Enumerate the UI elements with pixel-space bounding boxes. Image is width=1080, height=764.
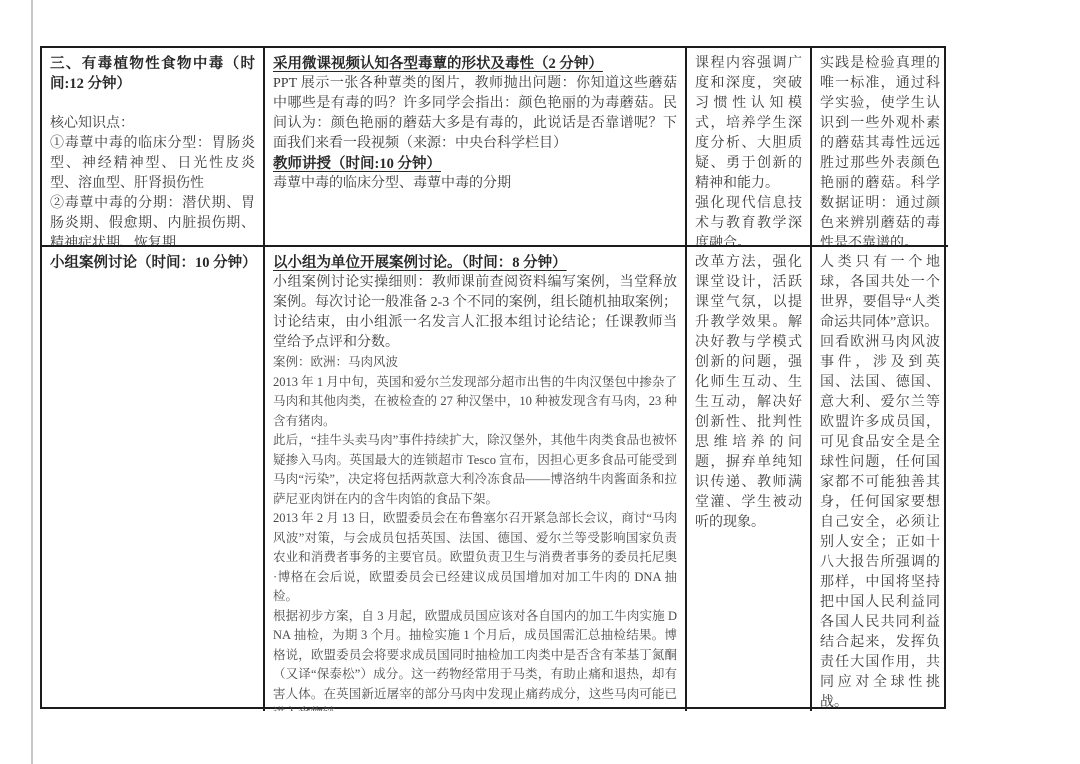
case-title: 案例：欧洲：马肉风波 <box>273 353 677 373</box>
purpose-paragraph-1: 课程内容强调广度和深度，突破习惯性认知模式，培养学生深度分析、大胆质疑、勇于创新… <box>695 54 802 194</box>
case-study-block: 案例：欧洲：马肉风波 2013 年 1 月中旬，英国和爱尔兰发现部分超市出售的牛… <box>273 353 677 711</box>
case-paragraph-4: 根据初步方案，自 3 月起，欧盟成员国应该对各自国内的加工牛肉实施 DNA 抽检… <box>273 607 677 712</box>
key-points-label: 核心知识点： <box>50 114 255 134</box>
key-point-1: ①毒蕈中毒的临床分型：胃肠炎型、神经精神型、日光性皮炎型、溶血型、肝肾损伤性 <box>50 134 255 194</box>
process-header-video: 采用微课视频认知各型毒蕈的形状及毒性（2 分钟） <box>273 54 677 74</box>
activity-title: 三、有毒植物性食物中毒（时间:12 分钟） <box>50 54 255 94</box>
case-paragraph-1: 2013 年 1 月中旬，英国和爱尔兰发现部分超市出售的牛肉汉堡包中掺杂了马肉和… <box>273 373 677 432</box>
cell-row1-design-purpose: 课程内容强调广度和深度，突破习惯性认知模式，培养学生深度分析、大胆质疑、勇于创新… <box>687 48 812 247</box>
document-page: 三、有毒植物性食物中毒（时间:12 分钟） 核心知识点： ①毒蕈中毒的临床分型：… <box>0 0 1080 764</box>
cell-row1-teaching-activity: 三、有毒植物性食物中毒（时间:12 分钟） 核心知识点： ①毒蕈中毒的临床分型：… <box>42 48 265 247</box>
cell-row1-ideology-element: 实践是检验真理的唯一标准，通过科学实验，使学生认识到一些外观朴素的蘑菇其毒性远远… <box>812 48 948 247</box>
process-header-discussion: 以小组为单位开展案例讨论。（时间：8 分钟） <box>273 253 677 273</box>
case-paragraph-2: 此后，“挂牛头卖马肉”事件持续扩大，除汉堡外，其他牛肉类食品也被怀疑掺入马肉。英… <box>273 431 677 509</box>
cell-row2-teaching-process: 以小组为单位开展案例讨论。（时间：8 分钟） 小组案例讨论实操细则：教师课前查阅… <box>265 247 687 711</box>
ideology-paragraph: 实践是检验真理的唯一标准，通过科学实验，使学生认识到一些外观朴素的蘑菇其毒性远远… <box>820 54 940 247</box>
cell-row2-design-purpose: 改革方法，强化课堂设计，活跃课堂气氛，以提升教学效果。解决好教与学模式创新的问题… <box>687 247 812 711</box>
ideology-paragraph-1: 人类只有一个地球，各国共处一个世界，要倡导“人类命运共同体”意识。 <box>820 253 940 333</box>
purpose-paragraph-2: 强化现代信息技术与教育教学深度融合。 <box>695 194 802 247</box>
process-body-video: PPT 展示一张各种蕈类的图片，教师抛出问题：你知道这些蘑菇中哪些是有毒的吗？许… <box>273 74 677 154</box>
scan-edge-line <box>31 0 33 764</box>
activity-title: 小组案例讨论（时间：10 分钟） <box>50 253 255 273</box>
cell-row1-teaching-process: 采用微课视频认知各型毒蕈的形状及毒性（2 分钟） PPT 展示一张各种蕈类的图片… <box>265 48 687 247</box>
ideology-paragraph-2: 回看欧洲马肉风波事件，涉及到英国、法国、德国、意大利、爱尔兰等欧盟许多成员国，可… <box>820 333 940 711</box>
case-paragraph-3: 2013 年 2 月 13 日，欧盟委员会在布鲁塞尔召开紧急部长会议，商讨“马肉… <box>273 509 677 607</box>
discussion-rules: 小组案例讨论实操细则：教师课前查阅资料编写案例，当堂释放案例。每次讨论一般准备 … <box>273 273 677 353</box>
key-point-2: ②毒蕈中毒的分期：潜伏期、胃肠炎期、假愈期、内脏损伤期、精神症状期、恢复期 <box>50 194 255 247</box>
process-header-lecture: 教师讲授（时间:10 分钟） <box>273 154 677 174</box>
cell-row2-ideology-element: 人类只有一个地球，各国共处一个世界，要倡导“人类命运共同体”意识。 回看欧洲马肉… <box>812 247 948 711</box>
cell-row2-teaching-activity: 小组案例讨论（时间：10 分钟） <box>42 247 265 711</box>
purpose-paragraph: 改革方法，强化课堂设计，活跃课堂气氛，以提升教学效果。解决好教与学模式创新的问题… <box>695 253 802 533</box>
lesson-plan-table: 三、有毒植物性食物中毒（时间:12 分钟） 核心知识点： ①毒蕈中毒的临床分型：… <box>40 46 946 709</box>
process-body-lecture: 毒蕈中毒的临床分型、毒蕈中毒的分期 <box>273 174 677 194</box>
